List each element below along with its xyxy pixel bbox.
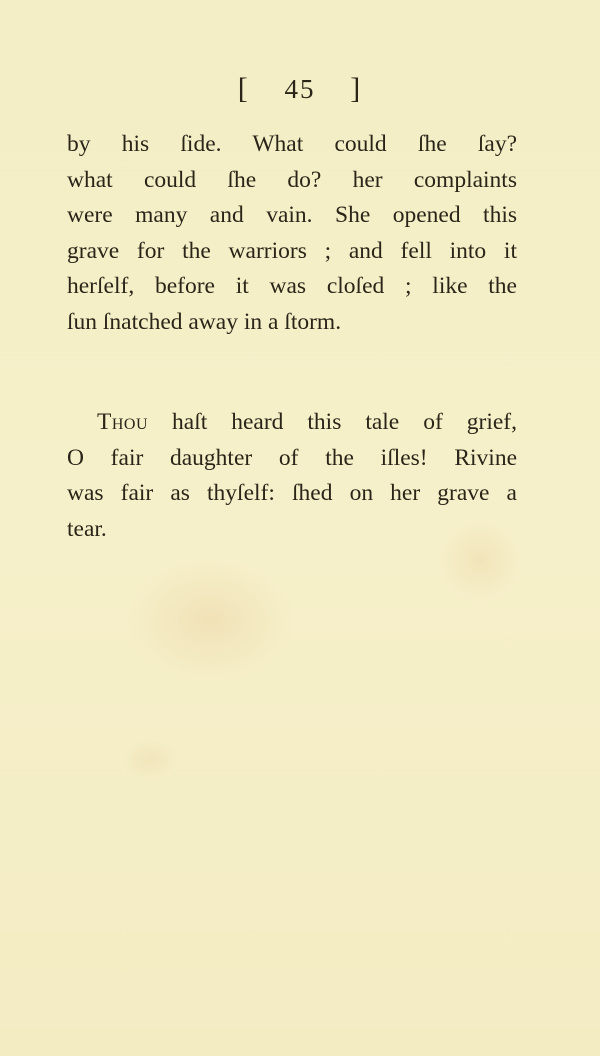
text-line: herſelf, before it was cloſed ; like the [67, 269, 517, 305]
text-line: O fair daughter of the iſles! Rivine [67, 441, 517, 477]
bracket-right: ] [350, 72, 362, 106]
page-number-header: [ 45 ] [0, 72, 600, 106]
text-line: by his ſide. What could ſhe ſay? [67, 127, 517, 163]
text-line-rest: haſt heard this tale of grief, [148, 409, 517, 435]
text-line-first: Thou haſt heard this tale of grief, [67, 405, 517, 441]
text-line: what could ſhe do? her complaints [67, 163, 517, 199]
text-line: grave for the warriors ; and fell into i… [67, 234, 517, 270]
bracket-left: [ [238, 72, 250, 106]
text-line: was fair as thyſelf: ſhed on her grave a [67, 476, 517, 512]
paragraph-1: by his ſide. What could ſhe ſay? what co… [67, 127, 517, 341]
text-line: ſun ſnatched away in a ſtorm. [67, 305, 517, 341]
text-line: tear. [67, 512, 517, 548]
paragraph-2: Thou haſt heard this tale of grief, O fa… [67, 405, 517, 547]
small-caps-lead: Thou [97, 409, 148, 435]
text-line: were many and vain. She opened this [67, 198, 517, 234]
page-number: 45 [285, 74, 316, 105]
